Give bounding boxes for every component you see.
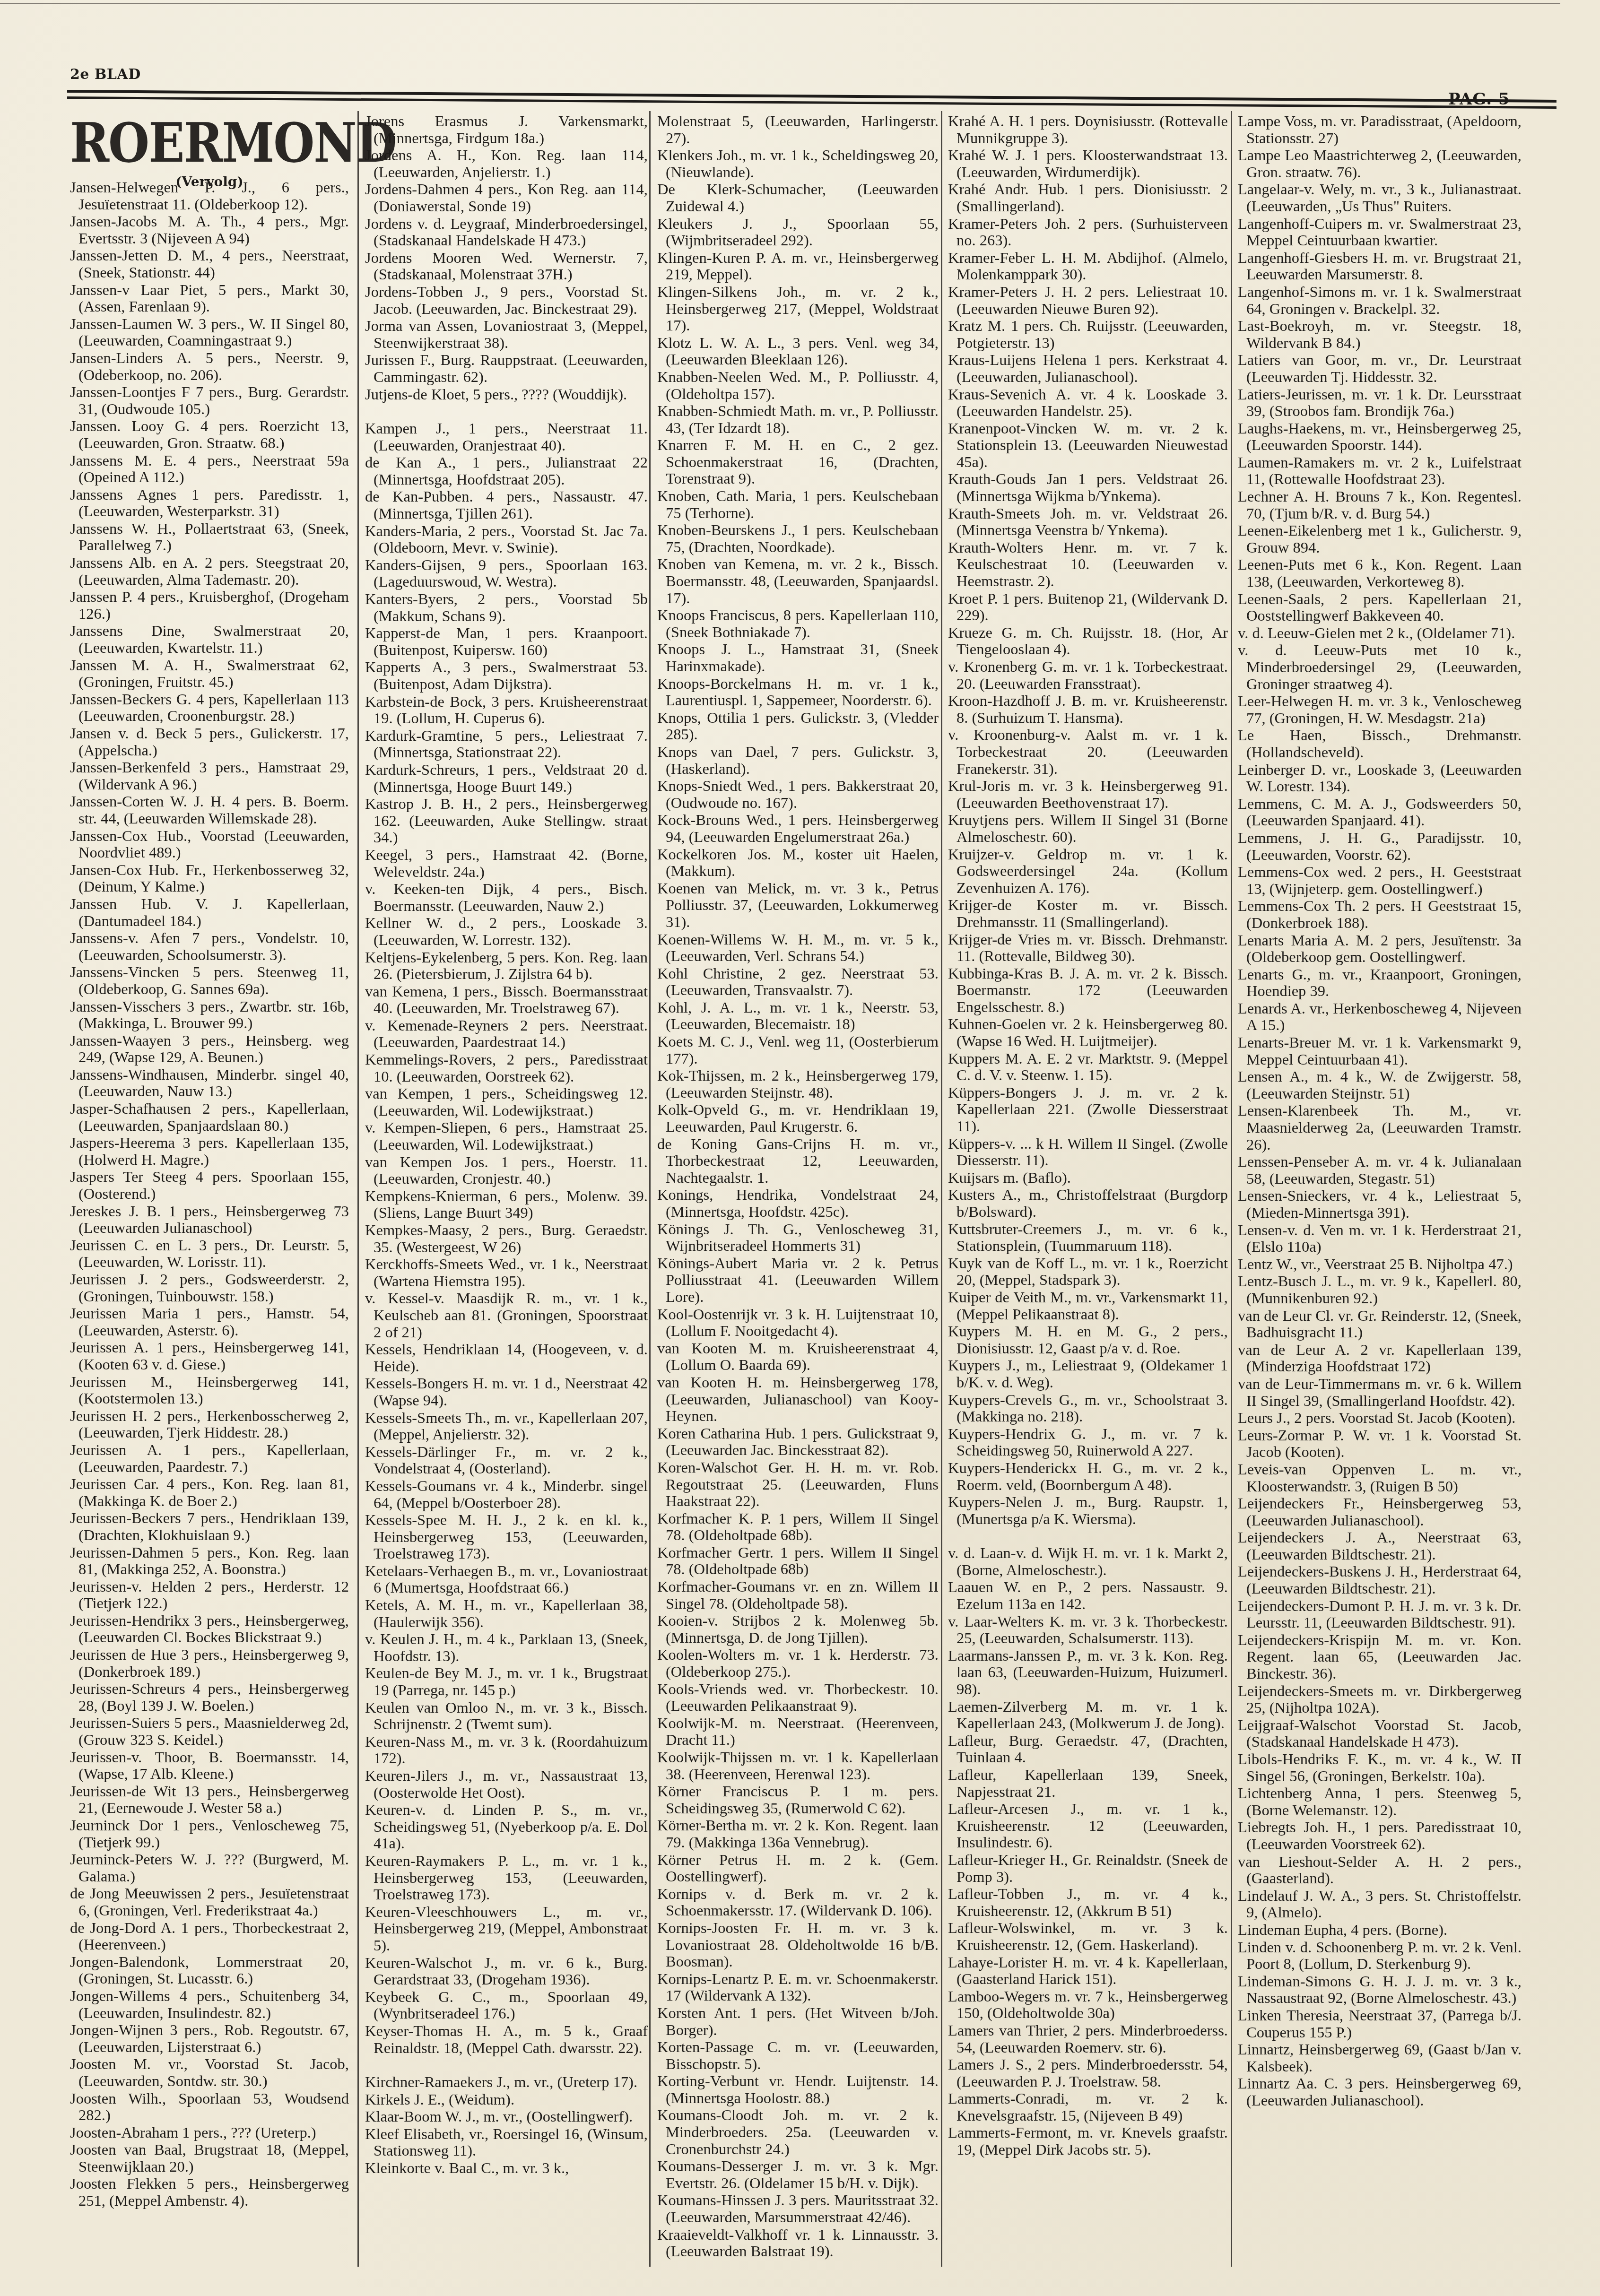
directory-entry: Janssen-Berkenfeld 3 pers., Hamstraat 29… (70, 760, 349, 793)
directory-entry: Jeurissen A. 1 pers., Heinsbergerweg 141… (70, 1340, 349, 1373)
directory-entry: Knoben-Beurskens J., 1 pers. Keulschebaa… (657, 522, 939, 556)
directory-entry: Lenarts Maria A. M. 2 pers, Jesuïtenstr.… (1238, 933, 1522, 966)
directory-entry: Könings J. Th. G., Venloscheweg 31, Wijn… (657, 1222, 939, 1255)
directory-entry: Kock-Brouns Wed., 1 pers. Heinsbergerweg… (657, 812, 939, 846)
directory-entry: van Kempen, 1 pers., Scheidingsweg 12. (… (365, 1086, 648, 1119)
directory-entry: Lafleur-Tobben J., m. vr. 4 k., Kruishee… (948, 1886, 1228, 1920)
directory-entry: Kuypers-Nelen J. m., Burg. Raupstr. 1, (… (948, 1494, 1228, 1528)
directory-entry: Kuypers-Crevels G., m. vr., Schoolstraat… (948, 1392, 1228, 1426)
directory-entry: v. Kroonenburg-v. Aalst m. vr. 1 k. Torb… (948, 727, 1228, 778)
directory-entry: Linken Theresia, Neerstraat 37, (Parrega… (1238, 2008, 1522, 2041)
directory-entry: Küppers-Bongers J. J. m. vr. 2 k. Kapell… (948, 1085, 1228, 1135)
directory-entry: Lechner A. H. Brouns 7 k., Kon. Regentes… (1238, 489, 1522, 522)
directory-entry: van de Leur-Timmermans m. vr. 6 k. Wille… (1238, 1376, 1522, 1410)
directory-entry: Kornips-Joosten Fr. H. m. vr. 3 k. Lovan… (657, 1920, 939, 1971)
directory-entry: Keuren-v. d. Linden P. S., m. vr., Schei… (365, 1802, 648, 1853)
section-title: ROERMOND (70, 113, 349, 173)
directory-entry: Linden v. d. Schoonenberg P. m. vr. 2 k.… (1238, 1940, 1522, 1973)
directory-entry: Knoops-Borckelmans H. m. vr. 1 k., Laure… (657, 676, 939, 710)
directory-entry: v. d. Leeuw-Puts met 10 k., Minderbroede… (1238, 642, 1522, 693)
directory-entry: Knops van Dael, 7 pers. Gulickstr. 3, (H… (657, 744, 939, 778)
directory-entry: Kramer-Feber L. H. M. Abdijhof. (Almelo,… (948, 250, 1228, 284)
directory-entry: Le Haen, Bissch., Drehmanstr. (Hollandsc… (1238, 728, 1522, 761)
directory-entry: Jorma van Assen, Lovaniostraat 3, (Meppe… (365, 318, 648, 352)
text-column-4: Krahé A. H. 1 pers. Doynisiusstr. (Rotte… (948, 113, 1228, 2159)
directory-entry: Körner-Bertha m. vr. 2 k. Kon. Regent. l… (657, 1818, 939, 1851)
directory-entry: Jaspers-Heerema 3 pers. Kapellerlaan 135… (70, 1135, 349, 1169)
directory-entry: Janssen-Beckers G. 4 pers, Kapellerlaan … (70, 692, 349, 725)
column-divider (357, 111, 359, 2267)
directory-entry: van Kooten M. m. Kruisheerenstraat 4, (L… (657, 1341, 939, 1374)
directory-entry: Janssens Alb. en A. 2 pers. Steegstraat … (70, 555, 349, 589)
directory-entry: Lahaye-Lorister H. m. vr. 4 k. Kapellerl… (948, 1955, 1228, 1988)
directory-entry: Lamers J. S., 2 pers. Minderbroedersstr.… (948, 2057, 1228, 2090)
directory-entry: Kratz M. 1 pers. Ch. Ruijsstr. (Leeuward… (948, 318, 1228, 352)
directory-entry: Janssen M. A. H., Swalmerstraat 62, (Gro… (70, 658, 349, 691)
directory-entry: Koolwijk-Thijssen m. vr. 1 k. Kapellerla… (657, 1750, 939, 1783)
directory-entry: Kanders-Maria, 2 pers., Voorstad St. Jac… (365, 523, 648, 557)
directory-entry: Keegel, 3 pers., Hamstraat 42. (Borne, W… (365, 847, 648, 881)
directory-entry: Jordens A. H., Kon. Reg. laan 114, (Leeu… (365, 147, 648, 181)
directory-entry: Kuiper de Veith M., m. vr., Varkensmarkt… (948, 1290, 1228, 1323)
directory-entry: Knabben-Schmiedt Math. m. vr., P. Polliu… (657, 403, 939, 437)
directory-entry: Lemmens-Cox Th. 2 pers. H Geeststraat 15… (1238, 898, 1522, 932)
directory-entry: Jaspers Ter Steeg 4 pers. Spoorlaan 155,… (70, 1169, 349, 1203)
directory-entry: Lindeman Eupha, 4 pers. (Borne). (1238, 1922, 1522, 1939)
directory-entry: Jansen-Jacobs M. A. Th., 4 pers., Mgr. E… (70, 214, 349, 247)
directory-entry: Lammerts-Fermont, m. vr. Knevels graafst… (948, 2125, 1228, 2158)
directory-entry: Keltjens-Eykelenberg, 5 pers. Kon. Reg. … (365, 950, 648, 983)
directory-entry: Klingen-Kuren P. A. m. vr., Heinsbergerw… (657, 250, 939, 284)
directory-entry: Jansen-Helwegen P. J., 6 pers., Jesuïete… (70, 180, 349, 213)
directory-entry: Krijger-de Koster m. vr. Bissch. Drehman… (948, 897, 1228, 931)
directory-entry: Kirkels J. E., (Weidum). (365, 2092, 648, 2109)
directory-entry: Linnartz, Heinsbergerweg 69, (Gaast b/Ja… (1238, 2042, 1522, 2075)
directory-entry: Kraus-Luijens Helena 1 pers. Kerkstraat … (948, 352, 1228, 386)
directory-entry: Janssen-Laumen W. 3 pers., W. II Singel … (70, 316, 349, 350)
directory-entry: van Kemena, 1 pers., Bissch. Boermansstr… (365, 984, 648, 1017)
directory-entry: Koolwijk-M. m. Neerstraat. (Heerenveen, … (657, 1716, 939, 1749)
directory-entry: Korfmacher-Goumans vr. en zn. Willem II … (657, 1579, 939, 1612)
directory-entry: v. Keulen J. H., m. 4 k., Parklaan 13, (… (365, 1631, 648, 1665)
directory-entry: Janssen Hub. V. J. Kapellerlaan, (Dantum… (70, 896, 349, 930)
directory-entry: Lenssen-Penseber A. m. vr. 4 k. Julianal… (1238, 1154, 1522, 1187)
directory-entry: Janssen-Waayen 3 pers., Heinsberg. weg 2… (70, 1033, 349, 1066)
directory-entry: Kessels-Därlinger Fr., m. vr. 2 k., Vond… (365, 1444, 648, 1478)
directory-entry: Jeurissen C. en L. 3 pers., Dr. Leurstr.… (70, 1238, 349, 1271)
directory-entry: Latiers van Goor, m. vr., Dr. Leurstraat… (1238, 352, 1522, 386)
directory-entry: Koren Catharina Hub. 1 pers. Gulickstraa… (657, 1426, 939, 1459)
directory-entry: Knoops Franciscus, 8 pers. Kapellerlaan … (657, 607, 939, 641)
directory-entry: Laughs-Haekens, m. vr., Heinsbergerweg 2… (1238, 421, 1522, 454)
directory-entry: Korfmacher K. P. 1 pers, Willem II Singe… (657, 1511, 939, 1544)
directory-entry: Kools-Vriends wed. vr. Thorbeckestr. 10.… (657, 1681, 939, 1715)
directory-entry: Leijendeckers-Smeets m. vr. Dirkbergerwe… (1238, 1683, 1522, 1717)
directory-entry: Knops, Ottilia 1 pers. Gulickstr. 3, (Vl… (657, 710, 939, 744)
directory-entry: Janssens M. E. 4 pers., Neerstraat 59a (… (70, 453, 349, 486)
directory-entry: Kramer-Peters J. H. 2 pers. Leliestraat … (948, 284, 1228, 318)
directory-entry: Lemmens, J. H. G., Paradijsstr. 10, (Lee… (1238, 830, 1522, 864)
directory-entry: Jansen-Cox Hub. Fr., Herkenbosserweg 32,… (70, 862, 349, 896)
directory-entry: Laumen-Ramakers m. vr. 2 k., Luifelstraa… (1238, 455, 1522, 488)
directory-entry: Kuypers-Henderickx H. G., m. vr. 2 k., R… (948, 1460, 1228, 1494)
directory-entry: Koolen-Wolters m. vr. 1 k. Herderstr. 73… (657, 1647, 939, 1681)
directory-entry: Körner Petrus H. m. 2 k. (Gem. Oostellin… (657, 1852, 939, 1886)
directory-entry: Koenen-Willems W. H. M., m. vr. 5 k., (L… (657, 932, 939, 965)
directory-entry: Koumans-Desserger J. m. vr. 3 k. Mgr. Ev… (657, 2158, 939, 2192)
directory-entry: Janssens Agnes 1 pers. Paredisstr. 1, (L… (70, 487, 349, 520)
directory-entry: Liebregts Joh. H., 1 pers. Paredisstraat… (1238, 1819, 1522, 1853)
directory-entry: Kanters-Byers, 2 pers., Voorstad 5b (Mak… (365, 591, 648, 625)
directory-entry: Krahé W. J. 1 pers. Kloosterwandstraat 1… (948, 147, 1228, 181)
directory-entry: Kastrop J. B. H., 2 pers., Heinsbergerwe… (365, 796, 648, 847)
directory-entry: Könings-Aubert Maria vr. 2 k. Petrus Pol… (657, 1256, 939, 1306)
directory-entry: Keuren-Nass M., m. vr. 3 k. (Roordahuizu… (365, 1734, 648, 1767)
directory-entry: Janssen-Visschers 3 pers., Zwartbr. str.… (70, 999, 349, 1032)
directory-entry: Kessels-Smeets Th., m. vr., Kapellerlaan… (365, 1410, 648, 1444)
directory-entry: Jeurissen-de Wit 13 pers., Heinsbergerwe… (70, 1784, 349, 1817)
directory-entry: Kramer-Peters Joh. 2 pers. (Surhuisterve… (948, 216, 1228, 250)
directory-entry: Laemen-Zilverberg M. m. vr. 1 k. Kapelle… (948, 1699, 1228, 1733)
directory-entry: Keyser-Thomas H. A., m. 5 k., Graaf Rein… (365, 2023, 648, 2057)
directory-entry: Lemmens, C. M. A. J., Godsweerders 50, (… (1238, 796, 1522, 830)
directory-entry: Joosten van Baal, Brugstraat 18, (Meppel… (70, 2142, 349, 2175)
directory-entry: Lamers van Thrier, 2 pers. Minderbroeder… (948, 2023, 1228, 2056)
directory-entry: Jeurissen Maria 1 pers., Hamstr. 54, (Le… (70, 1306, 349, 1339)
directory-entry: Joosten Wilh., Spoorlaan 53, Woudsend 28… (70, 2091, 349, 2124)
directory-entry: Jongen-Balendonk, Lommerstraat 20, (Gron… (70, 1954, 349, 1988)
directory-entry: Janssen-Corten W. J. H. 4 pers. B. Boerm… (70, 794, 349, 827)
directory-entry: Kessels-Goumans vr. 4 k., Minderbr. sing… (365, 1478, 648, 1512)
directory-entry: Lemmens-Cox wed. 2 pers., H. Geeststraat… (1238, 864, 1522, 898)
directory-entry: Kool-Oostenrijk vr. 3 k. H. Luijtenstraa… (657, 1307, 939, 1340)
directory-entry: Krauth-Smeets Joh. m. vr. Veldstraat 26.… (948, 506, 1228, 539)
directory-entry: Klaar-Boom W. J., m. vr., (Oostellingwer… (365, 2109, 648, 2126)
directory-entry: Lamboo-Wegers m. vr. 7 k., Heinsbergerwe… (948, 1989, 1228, 2022)
directory-entry: Körner Franciscus P. 1 m. pers. Scheidin… (657, 1784, 939, 1817)
directory-entry: Lenarts-Breuer M. vr. 1 k. Varkensmarkt … (1238, 1035, 1522, 1068)
directory-entry: Kruijzer-v. Geldrop m. vr. 1 k. Godsweer… (948, 847, 1228, 897)
letter-section-gap (365, 404, 648, 421)
directory-entry: Janssen-v Laar Piet, 5 pers., Markt 30, … (70, 282, 349, 316)
directory-entry: Janssens Dine, Swalmerstraat 20, (Leeuwa… (70, 623, 349, 657)
directory-entry: Kirchner-Ramaekers J., m. vr., (Ureterp … (365, 2074, 648, 2091)
directory-entry: Lenards A. vr., Herkenboscheweg 4, Nijev… (1238, 1001, 1522, 1034)
directory-entry: Jeurissen M., Heinsbergerweg 141, (Koots… (70, 1374, 349, 1408)
directory-entry: Leijendeckers J. A., Neerstraat 63, (Lee… (1238, 1530, 1522, 1563)
directory-entry: Leijendeckers Fr., Heinsbergerweg 53, (L… (1238, 1496, 1522, 1529)
directory-entry: Jorens Erasmus J. Varkensmarkt, (Minnert… (365, 113, 648, 147)
directory-entry: Koumans-Hinssen J. 3 pers. Mauritsstraat… (657, 2192, 939, 2226)
directory-entry: Keuren-Raymakers P. L., m. vr. 1 k., Hei… (365, 1853, 648, 1904)
directory-entry: Jeurissen Car. 4 pers., Kon. Reg. laan 8… (70, 1476, 349, 1510)
directory-entry: Korten-Passage C. m. vr. (Leeuwarden, Bi… (657, 2039, 939, 2073)
letter-section-gap (948, 1528, 1228, 1545)
column-divider (1231, 111, 1232, 2267)
directory-entry: Langenhoff-Cuipers m. vr. Swalmerstraat … (1238, 216, 1522, 250)
directory-entry: v. d. Laan-v. d. Wijk H. m. vr. 1 k. Mar… (948, 1545, 1228, 1579)
directory-entry: Kellner W. d., 2 pers., Looskade 3. (Lee… (365, 915, 648, 949)
directory-entry: Kardurk-Gramtine, 5 pers., Leliestraat 7… (365, 728, 648, 762)
directory-entry: Kleef Elisabeth, vr., Roersingel 16, (Wi… (365, 2126, 648, 2160)
directory-entry: Kuijsars m. (Baflo). (948, 1170, 1228, 1187)
directory-entry: Lentz-Busch J. L., m. vr. 9 k., Kapeller… (1238, 1274, 1522, 1307)
directory-entry: v. Laar-Welters K. m. vr. 3 k. Thorbecke… (948, 1614, 1228, 1647)
text-column-5: Lampe Voss, m. vr. Paradisstraat, (Apeld… (1238, 113, 1522, 2110)
directory-entry: Jeurissen de Hue 3 pers., Heinsbergerweg… (70, 1647, 349, 1681)
directory-entry: Kuhnen-Goelen vr. 2 k. Heinsbergerweg 80… (948, 1016, 1228, 1050)
directory-entry: Joosten M. vr., Voorstad St. Jacob, (Lee… (70, 2056, 349, 2090)
directory-entry: Laarmans-Janssen P., m. vr. 3 k. Kon. Re… (948, 1648, 1228, 1698)
directory-entry: Kornips-Lenartz P. E. m. vr. Schoenmaker… (657, 1971, 939, 2005)
directory-entry: Kampen J., 1 pers., Neerstraat 11. (Leeu… (365, 421, 648, 454)
directory-entry: Knabben-Neelen Wed. M., P. Polliusstr. 4… (657, 369, 939, 403)
directory-entry: Klingen-Silkens Joh., m. vr. 2 k., Heins… (657, 284, 939, 335)
directory-entry: Kockelkoren Jos. M., koster uit Haelen, … (657, 847, 939, 880)
directory-entry: Krauth-Gouds Jan 1 pers. Veldstraat 26. … (948, 471, 1228, 505)
page-top-edge (0, 0, 1560, 4)
directory-entry: Korsten Ant. 1 pers. (Het Witveen b/Joh.… (657, 2005, 939, 2039)
directory-entry: Korting-Verbunt vr. Hendr. Luijtenstr. 1… (657, 2073, 939, 2107)
directory-entry: Kessels, Hendriklaan 14, (Hoogeveen, v. … (365, 1342, 648, 1375)
directory-entry: Janssens-v. Afen 7 pers., Vondelstr. 10,… (70, 930, 349, 964)
directory-entry: Lichtenberg Anna, 1 pers. Steenweg 5, (B… (1238, 1785, 1522, 1819)
directory-entry: Janssens-Vincken 5 pers. Steenweg 11, (O… (70, 964, 349, 998)
directory-entry: Kessels-Spee M. H. J., 2 k. en kl. k., H… (365, 1512, 648, 1563)
directory-entry: de Kan-Pubben. 4 pers., Nassaustr. 47. (… (365, 489, 648, 522)
directory-entry: Kraaieveldt-Valkhoff vr. 1 k. Linnausstr… (657, 2227, 939, 2261)
directory-entry: Kuypers M. H. en M. G., 2 pers., Dionisi… (948, 1324, 1228, 1357)
directory-entry: Kubbinga-Kras B. J. A. m. vr. 2 k. Bissc… (948, 966, 1228, 1016)
directory-entry: Jeurissen A. 1 pers., Kapellerlaan, (Lee… (70, 1442, 349, 1476)
directory-entry: Kornips v. d. Berk m. vr. 2 k. Schoenmak… (657, 1886, 939, 1920)
directory-entry: Kapperts A., 3 pers., Swalmerstraat 53. … (365, 659, 648, 693)
directory-entry: Jeurissen-Hendrikx 3 pers., Heinsbergerw… (70, 1613, 349, 1646)
directory-entry: Koets M. C. J., Venl. weg 11, (Oosterbie… (657, 1034, 939, 1067)
directory-entry: Kleukers J. J., Spoorlaan 55, (Wijmbrits… (657, 216, 939, 250)
directory-entry: Kuttsbruter-Creemers J., m. vr. 6 k., St… (948, 1222, 1228, 1255)
sheet-label: 2e BLAD (70, 66, 141, 83)
directory-entry: van Lieshout-Selder A. H. 2 pers., (Gaas… (1238, 1854, 1522, 1888)
directory-entry: Leijendeckers-Buskens J. H., Herderstraa… (1238, 1564, 1522, 1597)
directory-entry: Lafleur-Arcesen J., m. vr. 1 k., Kruishe… (948, 1801, 1228, 1852)
letter-section-gap (365, 2057, 648, 2074)
directory-entry: Laauen W. en P., 2 pers. Nassaustr. 9. E… (948, 1579, 1228, 1613)
directory-entry: Janssens W. H., Pollaertstraat 63, (Snee… (70, 521, 349, 555)
directory-entry: Latiers-Jeurissen, m. vr. 1 k. Dr. Leurs… (1238, 387, 1522, 420)
directory-entry: Jeurissen-v. Thoor, B. Boermansstr. 14, … (70, 1750, 349, 1783)
directory-entry: Kroet P. 1 pers. Buitenop 21, (Wildervan… (948, 591, 1228, 624)
directory-entry: van Kooten H. m. Heinsbergerweg 178, (Le… (657, 1375, 939, 1425)
directory-entry: Leijendeckers-Krispijn M. m. vr. Kon. Re… (1238, 1632, 1522, 1683)
directory-entry: v. Kemenade-Reyners 2 pers. Neerstraat. … (365, 1018, 648, 1051)
directory-entry: Krauth-Wolters Henr. m. vr. 7 k. Keulsch… (948, 540, 1228, 590)
text-column-1: Jansen-Helwegen P. J., 6 pers., Jesuïete… (70, 180, 349, 2210)
directory-entry: Kessels-Bongers H. m. vr. 1 d., Neerstra… (365, 1376, 648, 1409)
directory-entry: Lampe Voss, m. vr. Paradisstraat, (Apeld… (1238, 113, 1522, 147)
directory-entry: Leurs J., 2 pers. Voorstad St. Jacob (Ko… (1238, 1410, 1522, 1427)
directory-entry: Leijendeckers-Dumont P. H. J. m. vr. 3 k… (1238, 1598, 1522, 1632)
directory-entry: Lampe Leo Maastrichterweg 2, (Leeuwarden… (1238, 147, 1522, 181)
newspaper-page: 2e BLAD PAG. 5 ROERMOND (Vervolg) Jansen… (0, 0, 1600, 2296)
directory-entry: Koumans-Cloodt Joh. m. vr. 2 k. Minderbr… (657, 2107, 939, 2158)
directory-entry: Jeurninck-Peters W. J. ??? (Burgwerd, M.… (70, 1852, 349, 1885)
directory-entry: Kohl, J. A. L., m. vr. 1 k., Neerstr. 53… (657, 1000, 939, 1033)
directory-entry: Kanders-Gijsen, 9 pers., Spoorlaan 163. … (365, 557, 648, 591)
directory-entry: Leinberger D. vr., Looskade 3, (Leeuward… (1238, 762, 1522, 796)
directory-entry: Leenen-Puts met 6 k., Kon. Regent. Laan … (1238, 557, 1522, 590)
directory-entry: Leveis-van Oppenven L. m. vr., Kloosterw… (1238, 1462, 1522, 1495)
directory-entry: van de Leur Cl. vr. Gr. Reinderstr. 12, … (1238, 1308, 1522, 1342)
directory-entry: Kok-Thijssen, m. 2 k., Heinsbergerweg 17… (657, 1068, 939, 1101)
directory-entry: Janssen-Jetten D. M., 4 pers., Neerstraa… (70, 248, 349, 281)
text-column-2: Jorens Erasmus J. Varkensmarkt, (Minnert… (365, 113, 648, 2178)
directory-entry: Kuypers J., m., Leliestraat 9, (Oldekame… (948, 1358, 1228, 1391)
directory-entry: Leer-Helwegen H. m. vr. 3 k., Venloschew… (1238, 693, 1522, 727)
directory-entry: Leenen-Eikelenberg met 1 k., Gulicherstr… (1238, 523, 1522, 556)
directory-entry: Kardurk-Schreurs, 1 pers., Veldstraat 20… (365, 762, 648, 796)
directory-entry: v. d. Leeuw-Gielen met 2 k., (Oldelamer … (1238, 625, 1522, 642)
directory-entry: Jurissen F., Burg. Rauppstraat. (Leeuwar… (365, 352, 648, 386)
directory-entry: Krahé Andr. Hub. 1 pers. Dionisiusstr. 2… (948, 182, 1228, 215)
header-rule-top (67, 90, 1557, 103)
directory-entry: v. Kronenberg G. m. vr. 1 k. Torbeckestr… (948, 659, 1228, 693)
directory-entry: Kapperst-de Man, 1 pers. Kraanpoort. (Bu… (365, 625, 648, 659)
directory-entry: Kroon-Hazdhoff J. B. m. vr. Kruisheerens… (948, 693, 1228, 727)
directory-entry: Jasper-Schafhausen 2 pers., Kapellerlaan… (70, 1101, 349, 1135)
directory-entry: Leenen-Saals, 2 pers. Kapellerlaan 21, O… (1238, 591, 1522, 625)
directory-entry: Kempkens-Knierman, 6 pers., Molenw. 39. … (365, 1188, 648, 1222)
directory-entry: Jeurissen-v. Helden 2 pers., Herderstr. … (70, 1579, 349, 1612)
directory-entry: Jeurissen-Suiers 5 pers., Maasnielderweg… (70, 1715, 349, 1749)
directory-entry: Kuyk van de Koff L., m. vr. 1 k., Roerzi… (948, 1256, 1228, 1289)
directory-entry: Lensen-Klarenbeek Th. M., vr. Maasnielde… (1238, 1103, 1522, 1153)
directory-entry: Krijger-de Vries m. vr. Bissch. Drehmans… (948, 932, 1228, 965)
directory-entry: Joosten-Abraham 1 pers., ??? (Ureterp.) (70, 2125, 349, 2142)
directory-entry: Langelaar-v. Wely, m. vr., 3 k., Juliana… (1238, 182, 1522, 215)
directory-entry: Kranenpoot-Vincken W. m. vr. 2 k. Statio… (948, 421, 1228, 471)
directory-entry: Koenen van Melick, m. vr. 3 k., Petrus P… (657, 881, 939, 931)
directory-entry: Janssen. Looy G. 4 pers. Roerzicht 13, (… (70, 418, 349, 452)
directory-entry: Korfmacher Gertr. 1 pers. Willem II Sing… (657, 1545, 939, 1578)
directory-entry: Jongen-Willems 4 pers., Schuitenberg 34,… (70, 1988, 349, 2022)
directory-entry: Jereskes J. B. 1 pers., Heinsbergerweg 7… (70, 1204, 349, 1237)
directory-entry: Lenarts G., m. vr., Kraanpoort, Groninge… (1238, 967, 1522, 1000)
directory-entry: Karbstein-de Bock, 3 pers. Kruisheerenst… (365, 694, 648, 728)
directory-entry: Kleinkorte v. Baal C., m. vr. 3 k., (365, 2160, 648, 2177)
directory-entry: de Kan A., 1 pers., Julianstraat 22 (Min… (365, 455, 648, 488)
directory-entry: Kempkes-Maasy, 2 pers., Burg. Geraedstr.… (365, 1222, 648, 1256)
directory-entry: Jeurissen H. 2 pers., Herkenbosscherweg … (70, 1408, 349, 1442)
directory-entry: de Koning Gans-Crijns H. m. vr., Thorbec… (657, 1136, 939, 1187)
directory-entry: Joosten Flekken 5 pers., Heinsbergerweg … (70, 2176, 349, 2209)
directory-entry: Libols-Hendriks F. K., m. vr. 4 k., W. I… (1238, 1751, 1522, 1785)
directory-entry: Lindelauf J. W. A., 3 pers. St. Christof… (1238, 1888, 1522, 1922)
directory-entry: Lindeman-Simons G. H. J. J. m. vr. 3 k.,… (1238, 1974, 1522, 2007)
directory-entry: v. Kempen-Sliepen, 6 pers., Hamstraat 25… (365, 1120, 648, 1153)
directory-entry: Kusters A., m., Christoffelstraat (Burgd… (948, 1187, 1228, 1221)
directory-entry: Lafleur-Krieger H., Gr. Reinaldstr. (Sne… (948, 1852, 1228, 1886)
directory-entry: Kruytjens pers. Willem II Singel 31 (Bor… (948, 812, 1228, 846)
directory-entry: Keulen van Omloo N., m. vr. 3 k., Bissch… (365, 1700, 648, 1733)
directory-entry: v. Kessel-v. Maasdijk R. m., vr. 1 k., K… (365, 1291, 648, 1341)
directory-entry: Jansen v. d. Beck 5 pers., Gulickerstr. … (70, 726, 349, 759)
directory-entry: Knarren F. M. H. en C., 2 gez. Schoenmak… (657, 437, 939, 488)
directory-entry: Kolk-Opveld G., m. vr. Hendriklaan 19, L… (657, 1102, 939, 1135)
directory-entry: Krul-Joris m. vr. 3 k. Heinsbergerweg 91… (948, 778, 1228, 812)
directory-entry: Leijgraaf-Walschot Voorstad St. Jacob, (… (1238, 1717, 1522, 1751)
directory-entry: De Klerk-Schumacher, (Leeuwarden Zuidewa… (657, 182, 939, 215)
directory-entry: de Jong-Dord A. 1 pers., Thorbeckestraat… (70, 1920, 349, 1954)
directory-entry: van de Leur A. 2 vr. Kapellerlaan 139, (… (1238, 1342, 1522, 1376)
directory-entry: de Jong Meeuwissen 2 pers., Jesuïetenstr… (70, 1886, 349, 1919)
column-divider (941, 111, 942, 2267)
directory-entry: Last-Boekroyh, m. vr. Steegstr. 18, Wild… (1238, 318, 1522, 352)
directory-entry: Kooien-v. Strijbos 2 k. Molenweg 5b. (Mi… (657, 1613, 939, 1646)
directory-entry: Keuren-Jilers J., m. vr., Nassaustraat 1… (365, 1768, 648, 1802)
directory-entry: Janssen-Cox Hub., Voorstad (Leeuwarden, … (70, 828, 349, 862)
directory-entry: Janssen-Loontjes F 7 pers., Burg. Gerard… (70, 384, 349, 418)
directory-entry: Koren-Walschot Ger. H. H. m. vr. Rob. Re… (657, 1460, 939, 1510)
directory-entry: Lafleur, Kapellerlaan 139, Sneek, Napjes… (948, 1767, 1228, 1801)
directory-entry: Lensen-v. d. Ven m. vr. 1 k. Herderstraa… (1238, 1222, 1522, 1256)
directory-entry: Janssens-Windhausen, Minderbr. singel 40… (70, 1067, 349, 1100)
directory-entry: Jeurissen-Schreurs 4 pers., Heinsbergerw… (70, 1681, 349, 1715)
directory-entry: van Kempen Jos. 1 pers., Hoerstr. 11. (L… (365, 1154, 648, 1188)
directory-entry: Krueze G. m. Ch. Ruijsstr. 18. (Hor, Ar … (948, 625, 1228, 658)
directory-entry: Jordens v. d. Leygraaf, Minderbroedersin… (365, 216, 648, 250)
directory-entry: Klenkers Joh., m. vr. 1 k., Scheldingswe… (657, 147, 939, 181)
directory-entry: Kraus-Sevenich A. vr. 4 k. Looskade 3. (… (948, 387, 1228, 420)
directory-entry: Langenhof-Simons m. vr. 1 k. Swalmerstra… (1238, 284, 1522, 318)
directory-entry: Knoops J. L., Hamstraat 31, (Sneek Harin… (657, 641, 939, 675)
directory-entry: Lensen A., m. 4 k., W. de Zwijgerstr. 58… (1238, 1069, 1522, 1102)
directory-entry: Jansen-Linders A. 5 pers., Neerstr. 9, (… (70, 350, 349, 384)
directory-entry: Langenhoff-Giesbers H. m. vr. Brugstraat… (1238, 250, 1522, 284)
directory-entry: Leurs-Zormar P. W. vr. 1 k. Voorstad St.… (1238, 1428, 1522, 1461)
directory-entry: Knoben, Cath. Maria, 1 pers. Keulschebaa… (657, 488, 939, 522)
directory-entry: Kemmelings-Rovers, 2 pers., Paredisstraa… (365, 1052, 648, 1085)
directory-entry: Kuypers-Hendrix G. J., m. vr. 7 k. Schei… (948, 1426, 1228, 1460)
directory-entry: Lafleur-Wolswinkel, m. vr. 3 k. Kruishee… (948, 1920, 1228, 1954)
directory-entry: Krahé A. H. 1 pers. Doynisiusstr. (Rotte… (948, 113, 1228, 147)
directory-entry: Knops-Sniedt Wed., 1 pers. Bakkerstraat … (657, 778, 939, 812)
directory-entry: Jeurissen-Beckers 7 pers., Hendriklaan 1… (70, 1510, 349, 1544)
directory-entry: Küppers-v. ... k H. Willem II Singel. (Z… (948, 1136, 1228, 1170)
directory-entry: Lentz W., vr., Veerstraat 25 B. Nijholtp… (1238, 1256, 1522, 1274)
directory-entry: Jeurissen-Dahmen 5 pers., Kon. Reg. laan… (70, 1545, 349, 1578)
directory-entry: Klotz L. W. A. L., 3 pers. Venl. weg 34,… (657, 335, 939, 369)
directory-entry: Lammerts-Conradi, m. vr. 2 k. Knevelsgra… (948, 2091, 1228, 2124)
directory-entry: Linnartz Aa. C. 3 pers. Heinsbergerweg 6… (1238, 2076, 1522, 2109)
directory-entry: Jordens Mooren Wed. Wernerstr. 7, (Stads… (365, 250, 648, 284)
column-divider (649, 111, 651, 2267)
directory-entry: v. Keeken-ten Dijk, 4 pers., Bisch. Boer… (365, 881, 648, 915)
directory-entry: Keuren-Walschot J., m. vr. 6 k., Burg. G… (365, 1955, 648, 1989)
directory-entry: Jutjens-de Kloet, 5 pers., ???? (Wouddij… (365, 387, 648, 404)
directory-entry: Keybeek G. C., m., Spoorlaan 49, (Wynbri… (365, 1989, 648, 2023)
directory-entry: Kohl Christine, 2 gez. Neerstraat 53. (L… (657, 966, 939, 999)
directory-entry: Molenstraat 5, (Leeuwarden, Harlingerstr… (657, 113, 939, 147)
directory-entry: Keulen-de Bey M. J., m. vr. 1 k., Brugst… (365, 1665, 648, 1699)
directory-entry: Jeurissen J. 2 pers., Godsweerderstr. 2,… (70, 1272, 349, 1305)
text-column-3: Molenstraat 5, (Leeuwarden, Harlingerstr… (657, 113, 939, 2261)
directory-entry: Konings, Hendrika, Vondelstraat 24, (Min… (657, 1187, 939, 1221)
directory-entry: Ketels, A. M. H., m. vr., Kapellerlaan 3… (365, 1597, 648, 1631)
directory-entry: Kerckhoffs-Smeets Wed., vr. 1 k., Neerst… (365, 1256, 648, 1290)
directory-entry: Knoben van Kemena, m. vr. 2 k., Bissch. … (657, 556, 939, 607)
directory-entry: Ketelaars-Verhaegen B., m. vr., Lovanios… (365, 1563, 648, 1597)
